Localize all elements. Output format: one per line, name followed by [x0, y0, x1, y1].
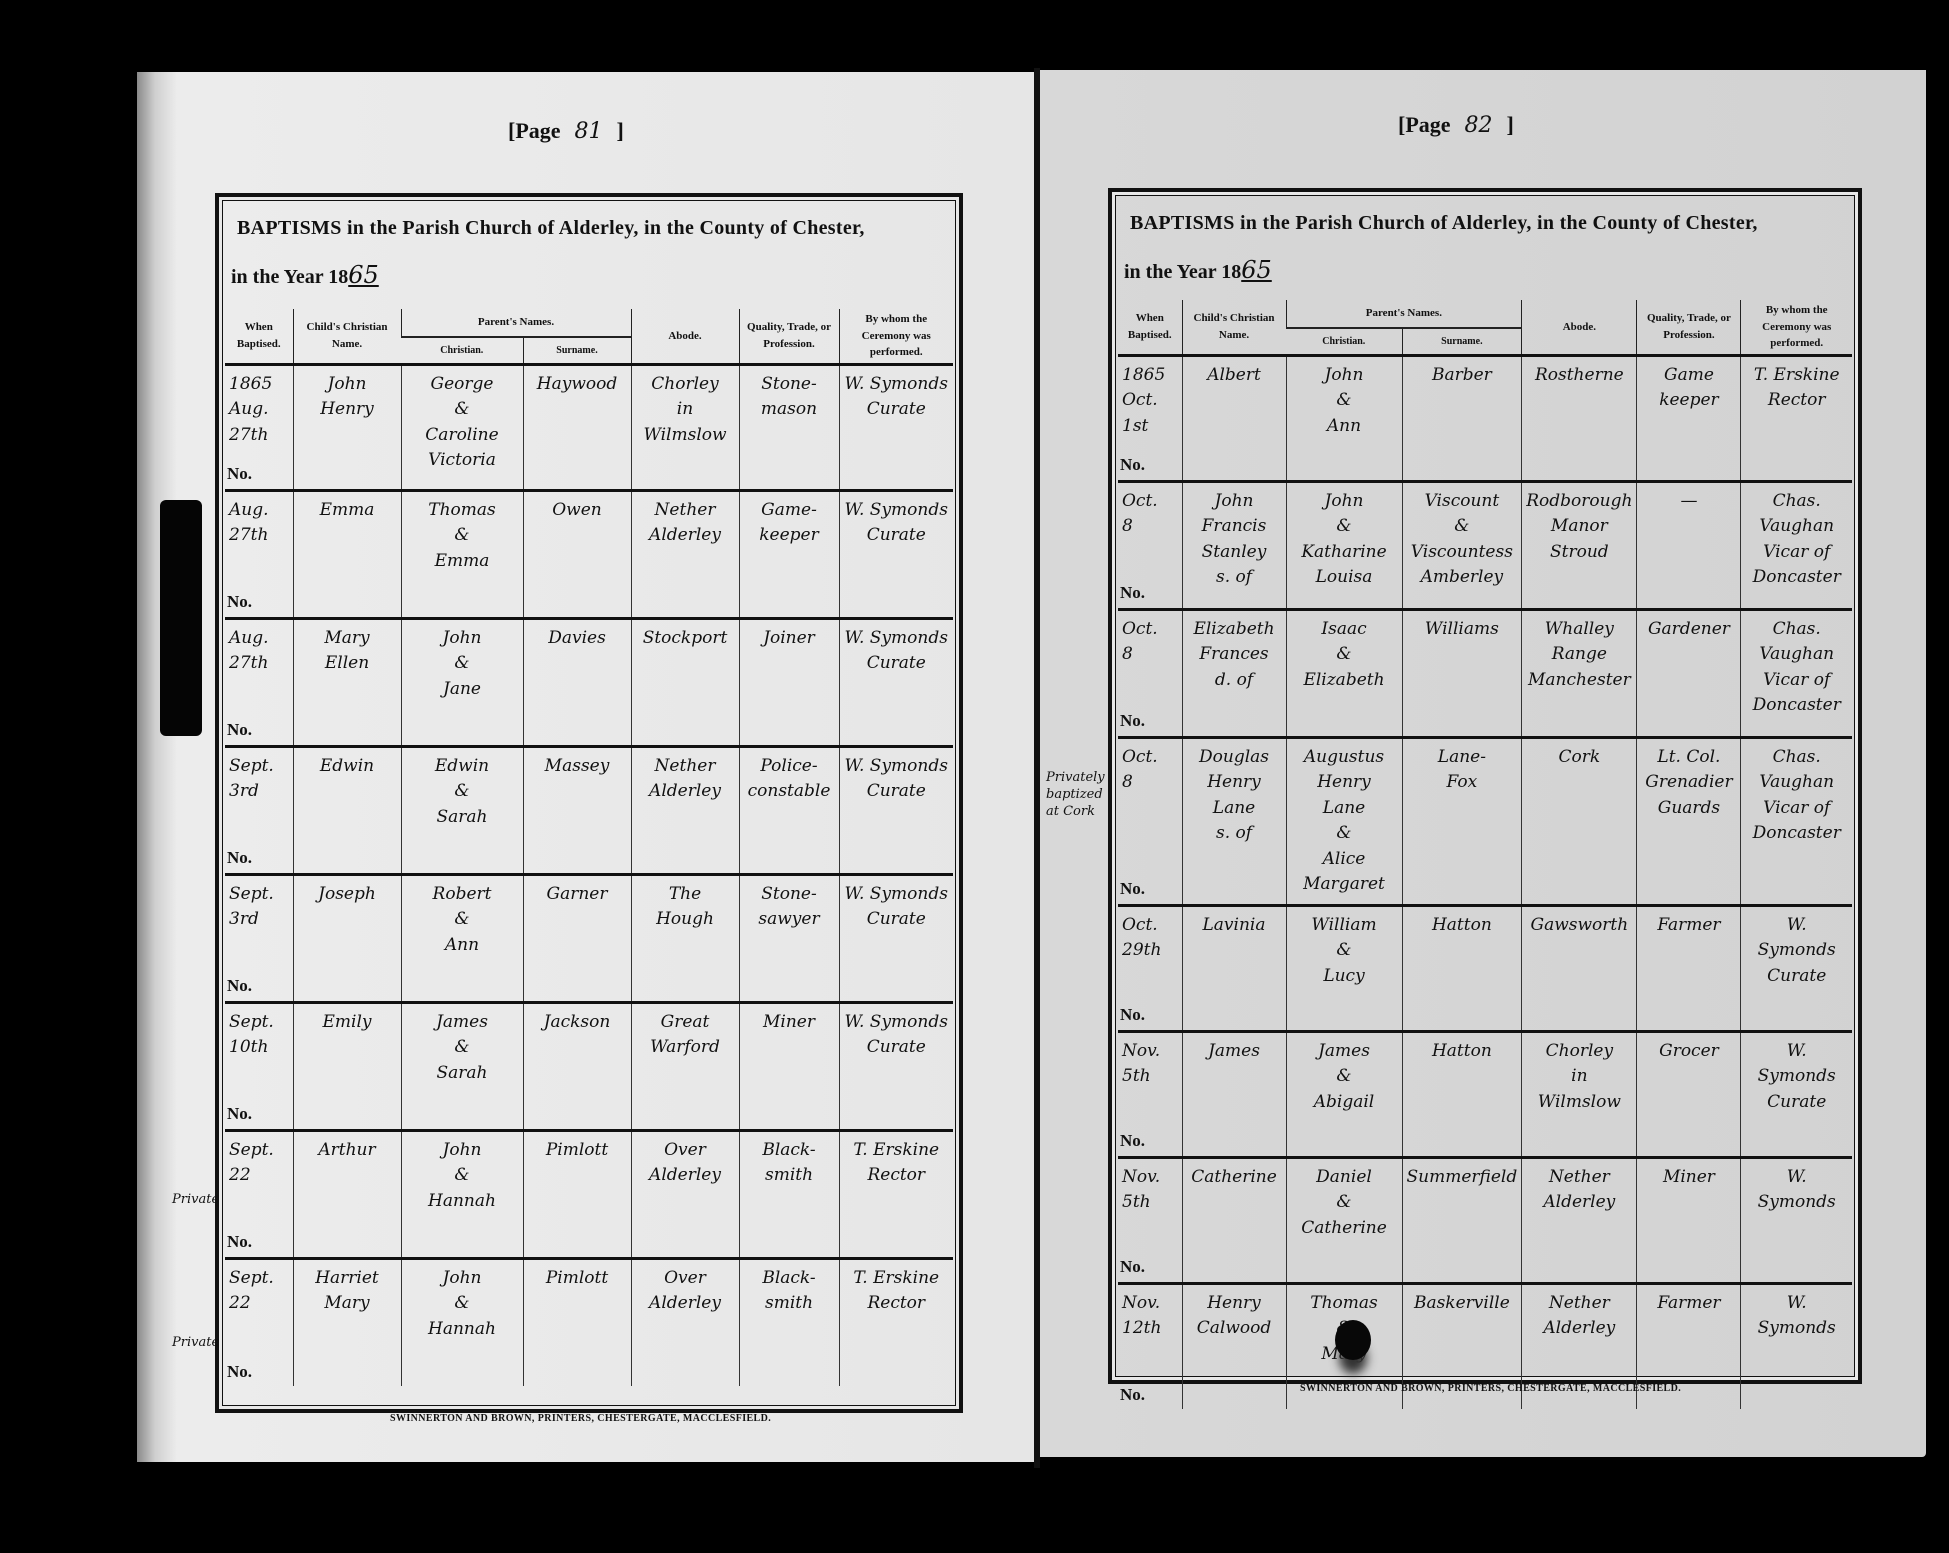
- cell-line: Chorley: [1526, 1039, 1632, 1065]
- cell-line: Fox: [1407, 770, 1518, 796]
- entry-number-label: No.: [1120, 1382, 1145, 1408]
- cell-quality: Lt. Col.GrenadierGuards: [1637, 737, 1741, 905]
- cell-line: &: [1291, 642, 1398, 668]
- cell-child: Edwin: [293, 746, 401, 874]
- cell-line: Catherine: [1187, 1165, 1282, 1191]
- table-row: Oct.29thNo.LaviniaWilliam&LucyHattonGaws…: [1118, 905, 1852, 1031]
- header-parent-christian: Christian.: [401, 337, 523, 365]
- cell-parent-surname: Viscount&ViscountessAmberley: [1402, 481, 1522, 609]
- cell-line: Elizabeth: [1291, 668, 1398, 694]
- cell-line: Henry: [298, 397, 397, 423]
- cell-child: HarrietMary: [293, 1258, 401, 1386]
- cell-line: Hough: [636, 907, 735, 933]
- table-row: Aug.27thNo.MaryEllenJohn&JaneDaviesStock…: [225, 618, 953, 746]
- cell-line: Chas. Vaughan: [1745, 617, 1848, 668]
- cell-line: 12th: [1122, 1316, 1178, 1342]
- cell-parent-surname: Williams: [1402, 609, 1522, 737]
- cell-line: Over: [636, 1266, 735, 1292]
- header-abode: Abode.: [631, 309, 739, 364]
- cell-line: Harriet: [298, 1266, 397, 1292]
- cell-line: Joiner: [744, 626, 835, 652]
- cell-line: 27th: [229, 423, 289, 449]
- cell-line: Thomas: [406, 498, 519, 524]
- table-row: Sept.22No.HarrietMaryJohn&HannahPimlottO…: [225, 1258, 953, 1386]
- cell-abode: WhalleyRangeManchester: [1522, 609, 1637, 737]
- cell-line: Henry: [1187, 770, 1282, 796]
- cell-line: &: [406, 907, 519, 933]
- cell-child: JohnHenry: [293, 364, 401, 490]
- cell-line: W. Symonds: [844, 882, 950, 908]
- cell-child: Emma: [293, 490, 401, 618]
- cell-line: T. Erskine: [844, 1266, 950, 1292]
- cell-quality: Miner: [1637, 1157, 1741, 1283]
- cell-line: smith: [744, 1291, 835, 1317]
- cell-when: Aug.27thNo.: [225, 490, 293, 618]
- cell-line: Grocer: [1641, 1039, 1736, 1065]
- register-year: in the Year 1865: [1124, 256, 1272, 284]
- cell-line: Nether: [636, 754, 735, 780]
- cell-line: Lane: [1187, 796, 1282, 822]
- cell-line: Pimlott: [528, 1266, 627, 1292]
- cell-parent-surname: Haywood: [523, 364, 631, 490]
- entry-number-label: No.: [227, 461, 252, 487]
- cell-line: &: [1291, 388, 1398, 414]
- table-row: Aug.27thNo.EmmaThomas&EmmaOwenNetherAlde…: [225, 490, 953, 618]
- cell-line: James: [1187, 1039, 1282, 1065]
- table-header: When Baptised.Child's Christian Name.Par…: [1118, 300, 1852, 355]
- page-number-left: [Page81]: [508, 118, 624, 144]
- register-right: BAPTISMS in the Parish Church of Alderle…: [1108, 188, 1862, 1384]
- cell-line: &: [406, 397, 519, 423]
- cell-by-whom: Chas. VaughanVicar ofDoncaster: [1741, 481, 1852, 609]
- page-number-right: [Page82]: [1398, 112, 1514, 138]
- cell-line: Daniel: [1291, 1165, 1398, 1191]
- cell-line: Viscountess: [1407, 540, 1518, 566]
- cell-line: Over: [636, 1138, 735, 1164]
- cell-by-whom: W. SymondsCurate: [839, 364, 953, 490]
- cell-line: W. Symonds: [1745, 1039, 1848, 1090]
- cell-line: 3rd: [229, 779, 289, 805]
- entry-number-label: No.: [1120, 452, 1145, 478]
- cell-line: W. Symonds: [844, 372, 950, 398]
- table-body: 1865Oct.1stNo.AlbertJohn&AnnBarberRosthe…: [1118, 355, 1852, 1409]
- cell-abode: NetherAlderley: [631, 490, 739, 618]
- cell-when: 1865Oct.1stNo.: [1118, 355, 1182, 481]
- register-year: in the Year 1865: [231, 261, 379, 289]
- cell-line: sawyer: [744, 907, 835, 933]
- cell-line: John: [1291, 363, 1398, 389]
- cell-line: Summerfield: [1407, 1165, 1518, 1191]
- cell-line: &: [1291, 821, 1398, 847]
- cell-by-whom: Chas. VaughanVicar ofDoncaster: [1741, 737, 1852, 905]
- cell-line: Sept.: [229, 882, 289, 908]
- cell-line: The: [636, 882, 735, 908]
- cell-line: Barber: [1407, 363, 1518, 389]
- cell-line: Game: [1641, 363, 1736, 389]
- cell-parent-christian: James&Sarah: [401, 1002, 523, 1130]
- cell-line: 5th: [1122, 1190, 1178, 1216]
- year-prefix: in the Year 18: [1124, 261, 1241, 283]
- header-when: When Baptised.: [1118, 300, 1182, 355]
- cell-line: Alderley: [1526, 1190, 1632, 1216]
- cell-line: 5th: [1122, 1064, 1178, 1090]
- cell-line: Doncaster: [1745, 693, 1848, 719]
- cell-line: Nether: [636, 498, 735, 524]
- cell-line: Oct.: [1122, 388, 1178, 414]
- cell-quality: Joiner: [739, 618, 839, 746]
- cell-line: Stroud: [1526, 540, 1632, 566]
- cell-child: HenryCalwood: [1182, 1283, 1286, 1409]
- cell-line: &: [1407, 514, 1518, 540]
- cell-line: Williams: [1407, 617, 1518, 643]
- cell-line: Nether: [1526, 1165, 1632, 1191]
- table-row: Sept.3rdNo.EdwinEdwin&SarahMasseyNetherA…: [225, 746, 953, 874]
- header-row: When Baptised.Child's Christian Name.Par…: [1118, 300, 1852, 328]
- cell-abode: GreatWarford: [631, 1002, 739, 1130]
- cell-when: Oct.29thNo.: [1118, 905, 1182, 1031]
- cell-parent-christian: Daniel&Catherine: [1286, 1157, 1402, 1283]
- page-label: [Page: [508, 118, 561, 143]
- cell-line: 1865: [1122, 363, 1178, 389]
- margin-note: Private: [172, 1335, 212, 1352]
- header-child-name: Child's Christian Name.: [1182, 300, 1286, 355]
- header-child-name: Child's Christian Name.: [293, 309, 401, 364]
- cell-line: Hannah: [406, 1189, 519, 1215]
- cell-line: W. Symonds: [844, 498, 950, 524]
- entry-number-label: No.: [1120, 708, 1145, 734]
- table-row: Oct.8No.DouglasHenryLanes. ofAugustusHen…: [1118, 737, 1852, 905]
- cell-line: &: [406, 1163, 519, 1189]
- cell-parent-surname: Pimlott: [523, 1130, 631, 1258]
- cell-line: Lane: [1291, 796, 1398, 822]
- cell-line: Emily: [298, 1010, 397, 1036]
- header-parent-surname: Surname.: [523, 337, 631, 365]
- cell-line: Elizabeth: [1187, 617, 1282, 643]
- cell-line: Gawsworth: [1526, 913, 1632, 939]
- binding-clip: [160, 500, 202, 736]
- cell-line: Victoria: [406, 448, 519, 474]
- year-prefix: in the Year 18: [231, 266, 348, 288]
- cell-child: James: [1182, 1031, 1286, 1157]
- cell-line: James: [1291, 1039, 1398, 1065]
- cell-line: W. Symonds: [1745, 1291, 1848, 1342]
- cell-parent-christian: James&Abigail: [1286, 1031, 1402, 1157]
- cell-line: Nov.: [1122, 1291, 1178, 1317]
- cell-parent-surname: Summerfield: [1402, 1157, 1522, 1283]
- cell-line: Doncaster: [1745, 821, 1848, 847]
- cell-line: Amberley: [1407, 565, 1518, 591]
- entry-number-label: No.: [1120, 1254, 1145, 1280]
- table-row: Oct.8No.ElizabethFrancesd. ofIsaac&Eliza…: [1118, 609, 1852, 737]
- cell-line: Rodborough: [1526, 489, 1632, 515]
- cell-child: JohnFrancisStanleys. of: [1182, 481, 1286, 609]
- cell-parent-christian: Robert&Ann: [401, 874, 523, 1002]
- cell-parent-christian: John&Ann: [1286, 355, 1402, 481]
- cell-line: Curate: [844, 523, 950, 549]
- cell-line: Haywood: [528, 372, 627, 398]
- cell-parent-christian: AugustusHenryLane&AliceMargaret: [1286, 737, 1402, 905]
- cell-line: Doncaster: [1745, 565, 1848, 591]
- cell-by-whom: W. SymondsCurate: [839, 1002, 953, 1130]
- cell-parent-surname: Hatton: [1402, 905, 1522, 1031]
- cell-line: Miner: [1641, 1165, 1736, 1191]
- cell-line: Manchester: [1526, 668, 1632, 694]
- cell-line: John: [406, 1266, 519, 1292]
- cell-line: Vicar of: [1745, 796, 1848, 822]
- cell-line: Isaac: [1291, 617, 1398, 643]
- cell-by-whom: W. SymondsCurate: [839, 746, 953, 874]
- cell-line: Black-: [744, 1266, 835, 1292]
- baptism-table-left: When Baptised.Child's Christian Name.Par…: [225, 309, 953, 1386]
- cell-line: Henry: [1187, 1291, 1282, 1317]
- entry-number-label: No.: [227, 973, 252, 999]
- cell-child: Albert: [1182, 355, 1286, 481]
- cell-line: Sept.: [229, 1266, 289, 1292]
- baptism-table-right: When Baptised.Child's Christian Name.Par…: [1118, 300, 1852, 1409]
- cell-line: Katharine: [1291, 540, 1398, 566]
- cell-line: Calwood: [1187, 1316, 1282, 1342]
- cell-line: Ann: [1291, 414, 1398, 440]
- cell-line: Sept.: [229, 1010, 289, 1036]
- cell-abode: OverAlderley: [631, 1258, 739, 1386]
- cell-line: 8: [1122, 514, 1178, 540]
- cell-line: Stockport: [636, 626, 735, 652]
- cell-line: 8: [1122, 642, 1178, 668]
- cell-line: 22: [229, 1291, 289, 1317]
- cell-parent-christian: John&Hannah: [401, 1130, 523, 1258]
- cell-quality: Game-keeper: [739, 490, 839, 618]
- cell-line: Emma: [298, 498, 397, 524]
- cell-line: Viscount: [1407, 489, 1518, 515]
- cell-parent-christian: John&Hannah: [401, 1258, 523, 1386]
- header-by-whom: By whom the Ceremony was performed.: [839, 309, 953, 364]
- cell-line: Police-: [744, 754, 835, 780]
- cell-line: &: [1291, 938, 1398, 964]
- cell-line: Wilmslow: [1526, 1090, 1632, 1116]
- cell-line: Oct.: [1122, 489, 1178, 515]
- cell-line: &: [406, 779, 519, 805]
- cell-line: Pimlott: [528, 1138, 627, 1164]
- book-spine: [1034, 68, 1040, 1468]
- cell-parent-christian: Thomas&Emma: [401, 490, 523, 618]
- cell-quality: Stone-mason: [739, 364, 839, 490]
- cell-line: Curate: [844, 1035, 950, 1061]
- cell-line: 27th: [229, 651, 289, 677]
- cell-line: s. of: [1187, 821, 1282, 847]
- cell-abode: NetherAlderley: [1522, 1157, 1637, 1283]
- cell-line: Curate: [844, 651, 950, 677]
- cell-line: T. Erskine: [844, 1138, 950, 1164]
- cell-line: Margaret: [1291, 872, 1398, 898]
- cell-line: Wilmslow: [636, 423, 735, 449]
- cell-line: Alderley: [636, 1163, 735, 1189]
- cell-abode: ChorleyinWilmslow: [1522, 1031, 1637, 1157]
- cell-line: Catherine: [1291, 1216, 1398, 1242]
- cell-abode: TheHough: [631, 874, 739, 1002]
- entry-number-label: No.: [227, 717, 252, 743]
- cell-line: George: [406, 372, 519, 398]
- cell-line: W. Symonds: [844, 626, 950, 652]
- cell-line: Robert: [406, 882, 519, 908]
- cell-line: 10th: [229, 1035, 289, 1061]
- cell-line: Aug.: [229, 397, 289, 423]
- cell-line: Oct.: [1122, 745, 1178, 771]
- cell-line: Sarah: [406, 805, 519, 831]
- cell-line: Hatton: [1407, 913, 1518, 939]
- cell-parent-surname: Garner: [523, 874, 631, 1002]
- header-quality: Quality, Trade, or Profession.: [1637, 300, 1741, 355]
- cell-when: Nov.5thNo.: [1118, 1157, 1182, 1283]
- table-row: Nov.5thNo.JamesJames&AbigailHattonChorle…: [1118, 1031, 1852, 1157]
- cell-line: Stone-: [744, 882, 835, 908]
- cell-parent-surname: Jackson: [523, 1002, 631, 1130]
- entry-number-label: No.: [227, 1229, 252, 1255]
- cell-line: keeper: [744, 523, 835, 549]
- table-header: When Baptised.Child's Christian Name.Par…: [225, 309, 953, 364]
- cell-parent-surname: Pimlott: [523, 1258, 631, 1386]
- cell-parent-surname: Owen: [523, 490, 631, 618]
- cell-line: Alderley: [636, 779, 735, 805]
- page-label: [Page: [1398, 112, 1451, 137]
- cell-line: d. of: [1187, 668, 1282, 694]
- cell-child: Catherine: [1182, 1157, 1286, 1283]
- cell-quality: Black-smith: [739, 1258, 839, 1386]
- cell-line: Curate: [1745, 964, 1848, 990]
- cell-line: Aug.: [229, 626, 289, 652]
- printer-imprint-right: SWINNERTON AND BROWN, PRINTERS, CHESTERG…: [1300, 1383, 1681, 1394]
- cell-by-whom: W. SymondsCurate: [839, 490, 953, 618]
- cell-line: Rector: [844, 1163, 950, 1189]
- cell-line: Guards: [1641, 796, 1736, 822]
- cell-line: mason: [744, 397, 835, 423]
- cell-line: smith: [744, 1163, 835, 1189]
- margin-note: Private: [172, 1192, 212, 1209]
- cell-line: Whalley: [1526, 617, 1632, 643]
- cell-line: Edwin: [406, 754, 519, 780]
- entry-number-label: No.: [227, 845, 252, 871]
- cell-line: W. Symonds: [844, 1010, 950, 1036]
- page-close-bracket: ]: [617, 118, 624, 143]
- cell-by-whom: W. SymondsCurate: [1741, 1031, 1852, 1157]
- cell-line: Abigail: [1291, 1090, 1398, 1116]
- cell-line: Albert: [1187, 363, 1282, 389]
- cell-line: Jackson: [528, 1010, 627, 1036]
- cell-child: MaryEllen: [293, 618, 401, 746]
- cell-line: Davies: [528, 626, 627, 652]
- cell-line: s. of: [1187, 565, 1282, 591]
- cell-line: Edwin: [298, 754, 397, 780]
- cell-line: Stanley: [1187, 540, 1282, 566]
- cell-by-whom: W. SymondsCurate: [839, 874, 953, 1002]
- cell-when: Nov.12thNo.: [1118, 1283, 1182, 1409]
- entry-number-label: No.: [1120, 1128, 1145, 1154]
- cell-line: Curate: [844, 397, 950, 423]
- cell-line: Oct.: [1122, 913, 1178, 939]
- header-parents: Parent's Names.: [1286, 300, 1522, 328]
- cell-line: Arthur: [298, 1138, 397, 1164]
- cell-when: Sept.3rdNo.: [225, 746, 293, 874]
- cell-line: Alderley: [636, 1291, 735, 1317]
- cell-line: Rector: [1745, 388, 1848, 414]
- cell-line: John: [406, 626, 519, 652]
- cell-line: Hatton: [1407, 1039, 1518, 1065]
- cell-line: Baskerville: [1407, 1291, 1518, 1317]
- cell-by-whom: W. Symonds: [1741, 1157, 1852, 1283]
- cell-line: 1865: [229, 372, 289, 398]
- cell-quality: Gardener: [1637, 609, 1741, 737]
- cell-abode: Gawsworth: [1522, 905, 1637, 1031]
- cell-line: constable: [744, 779, 835, 805]
- cell-line: W. Symonds: [844, 754, 950, 780]
- cell-line: Black-: [744, 1138, 835, 1164]
- cell-line: William: [1291, 913, 1398, 939]
- cell-when: Oct.8No.: [1118, 481, 1182, 609]
- table-row: Nov.5thNo.CatherineDaniel&CatherineSumme…: [1118, 1157, 1852, 1283]
- cell-line: Chorley: [636, 372, 735, 398]
- cell-line: Sarah: [406, 1061, 519, 1087]
- cell-quality: Stone-sawyer: [739, 874, 839, 1002]
- cell-abode: ChorleyinWilmslow: [631, 364, 739, 490]
- cell-quality: —: [1637, 481, 1741, 609]
- cell-parent-christian: George&CarolineVictoria: [401, 364, 523, 490]
- cell-line: Alice: [1291, 847, 1398, 873]
- cell-line: in: [1526, 1064, 1632, 1090]
- entry-number-label: No.: [227, 1101, 252, 1127]
- cell-line: Nether: [1526, 1291, 1632, 1317]
- year-suffix: 65: [348, 261, 379, 289]
- cell-line: Chas. Vaughan: [1745, 489, 1848, 540]
- cell-line: W. Symonds: [1745, 913, 1848, 964]
- cell-line: Jane: [406, 677, 519, 703]
- table-row: Oct.8No.JohnFrancisStanleys. ofJohn&Kath…: [1118, 481, 1852, 609]
- cell-when: Sept.22No.: [225, 1258, 293, 1386]
- cell-line: Gardener: [1641, 617, 1736, 643]
- cell-line: 3rd: [229, 907, 289, 933]
- cell-line: Stone-: [744, 372, 835, 398]
- cell-when: Sept.3rdNo.: [225, 874, 293, 1002]
- table-row: Sept.22No.ArthurJohn&HannahPimlottOverAl…: [225, 1130, 953, 1258]
- cell-line: 22: [229, 1163, 289, 1189]
- cell-line: Range: [1526, 642, 1632, 668]
- cell-line: Farmer: [1641, 1291, 1736, 1317]
- page-number-value: 82: [1465, 113, 1493, 138]
- cell-parent-surname: Lane-Fox: [1402, 737, 1522, 905]
- printer-imprint-left: SWINNERTON AND BROWN, PRINTERS, CHESTERG…: [390, 1413, 771, 1424]
- cell-line: Ann: [406, 933, 519, 959]
- cell-line: Mary: [298, 1291, 397, 1317]
- cell-parent-christian: John&Jane: [401, 618, 523, 746]
- register-title: BAPTISMS in the Parish Church of Alderle…: [237, 217, 865, 240]
- cell-child: Arthur: [293, 1130, 401, 1258]
- entry-number-label: No.: [1120, 580, 1145, 606]
- cell-line: &: [1291, 1190, 1398, 1216]
- cell-line: Emma: [406, 549, 519, 575]
- entry-number-label: No.: [1120, 876, 1145, 902]
- header-parents: Parent's Names.: [401, 309, 631, 337]
- header-quality: Quality, Trade, or Profession.: [739, 309, 839, 364]
- cell-abode: NetherAlderley: [631, 746, 739, 874]
- cell-line: Miner: [744, 1010, 835, 1036]
- cell-line: Lucy: [1291, 964, 1398, 990]
- cell-line: Lane-: [1407, 745, 1518, 771]
- cell-quality: Gamekeeper: [1637, 355, 1741, 481]
- cell-child: Lavinia: [1182, 905, 1286, 1031]
- cell-when: Nov.5thNo.: [1118, 1031, 1182, 1157]
- register-left: BAPTISMS in the Parish Church of Alderle…: [215, 193, 963, 1413]
- cell-line: Rector: [844, 1291, 950, 1317]
- cell-line: Oct.: [1122, 617, 1178, 643]
- year-suffix: 65: [1241, 256, 1272, 284]
